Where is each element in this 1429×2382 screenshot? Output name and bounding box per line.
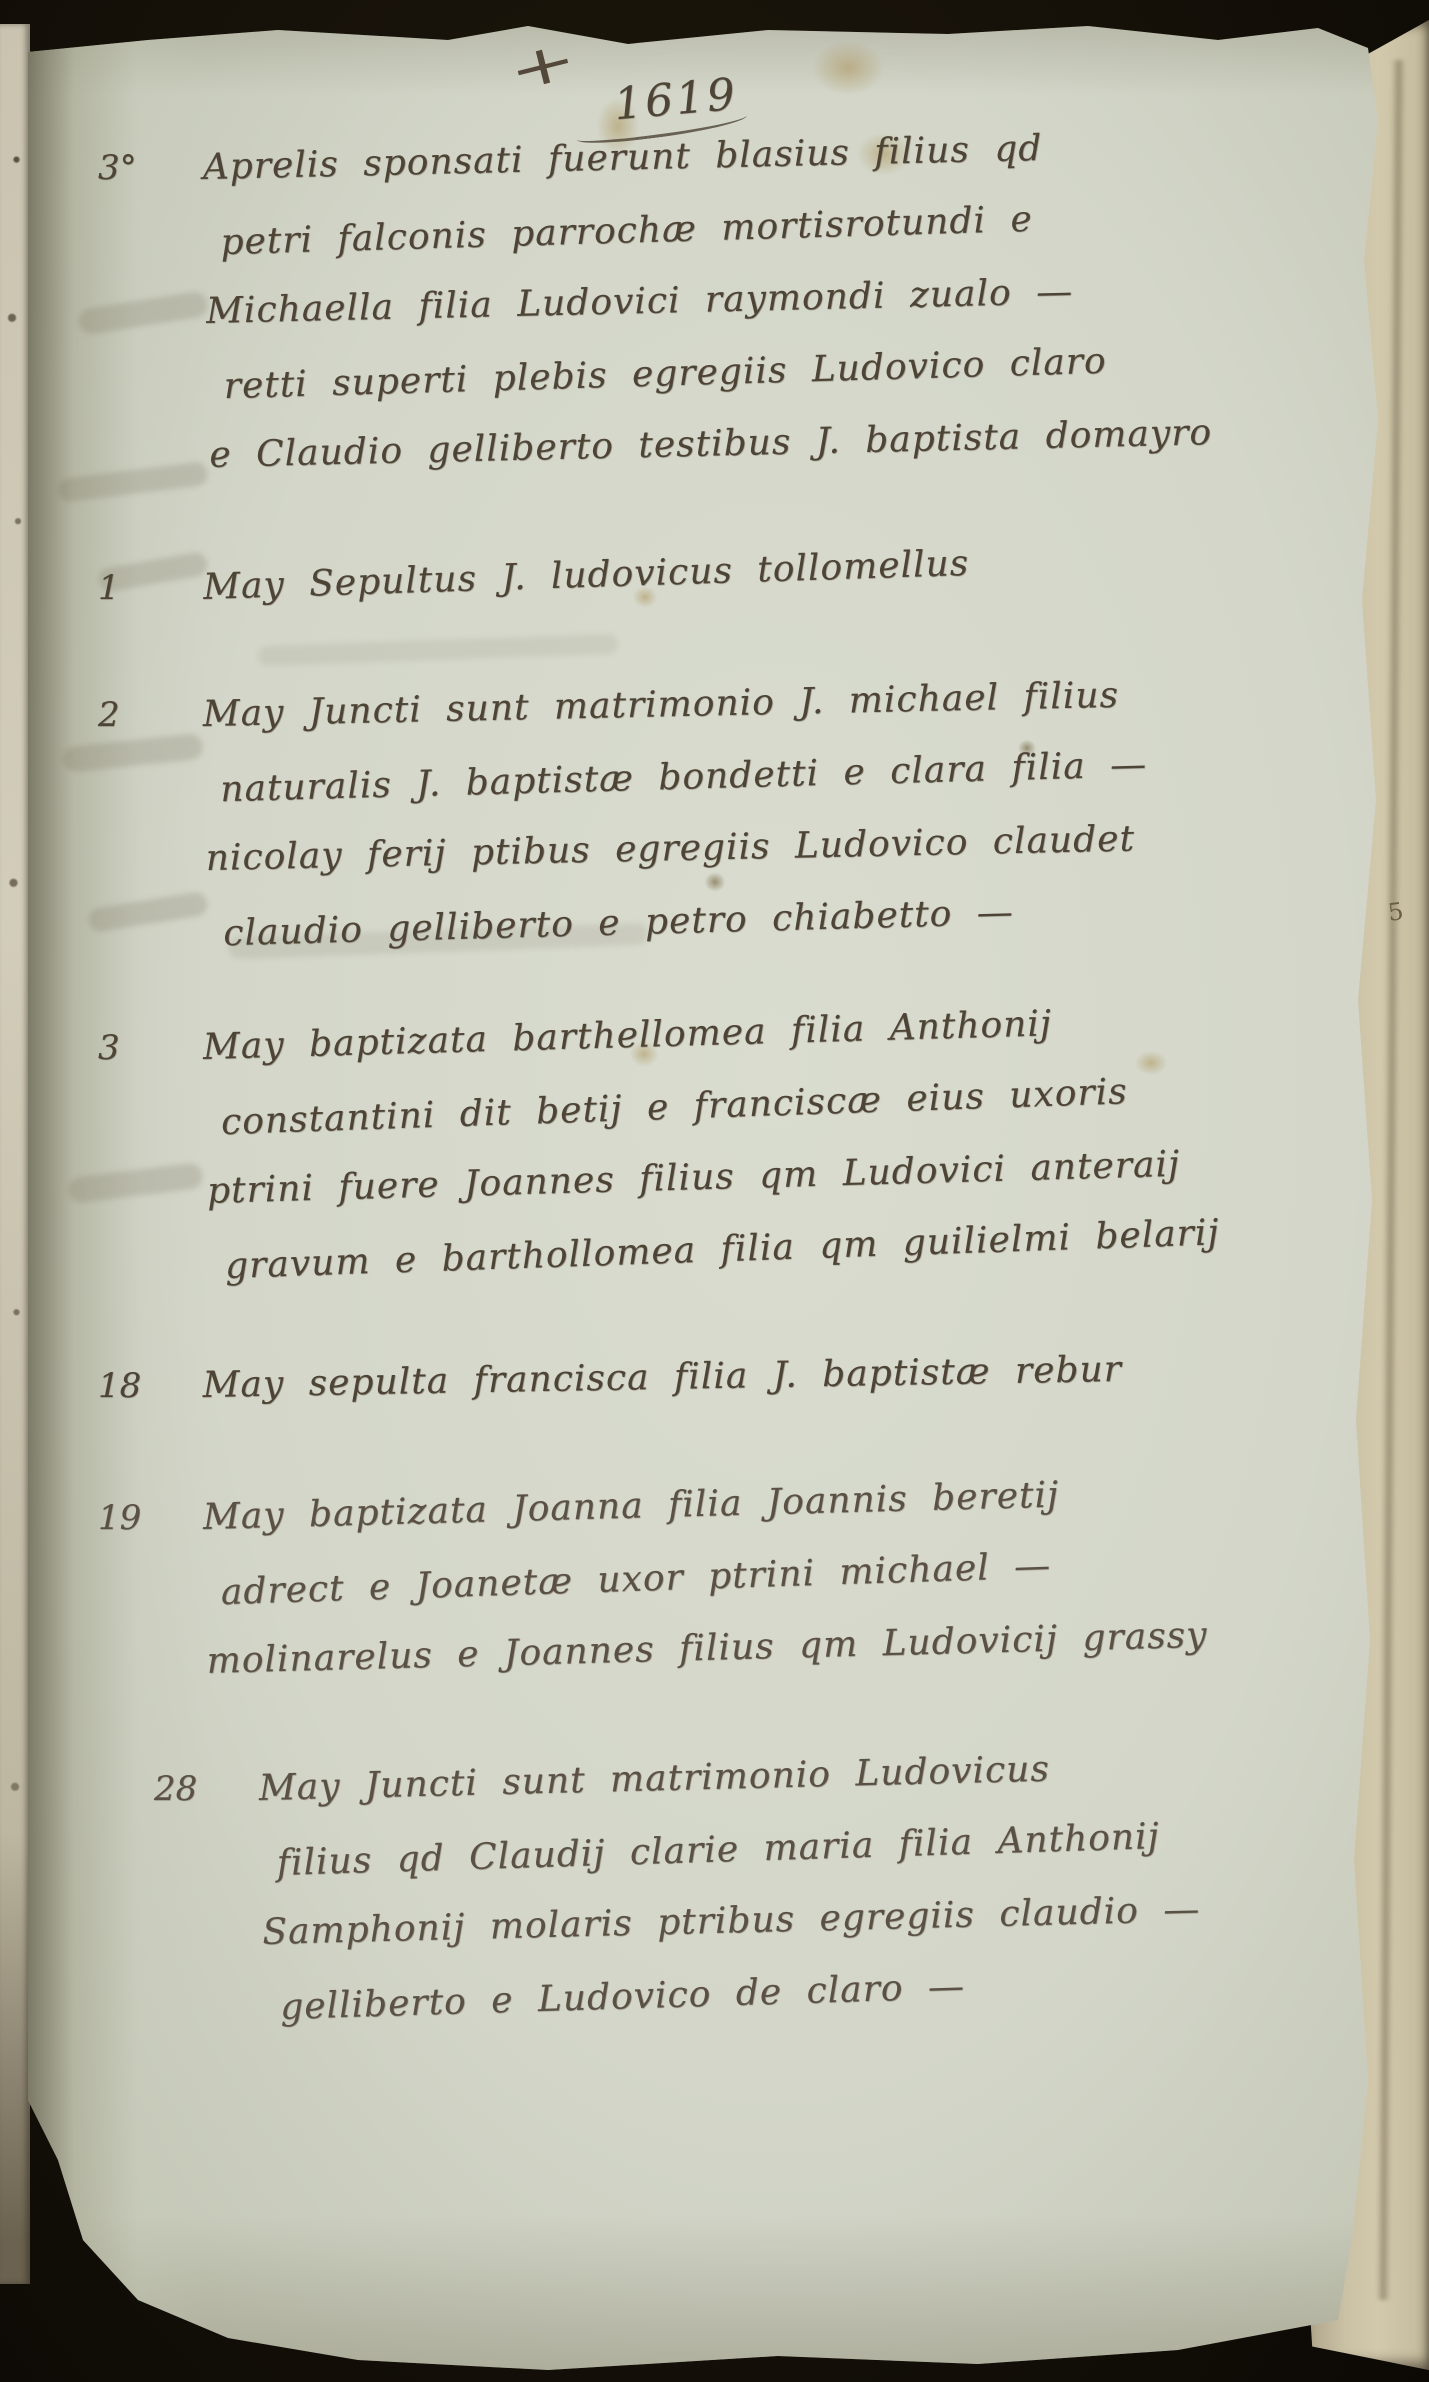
entry-day-number: 3° — [98, 132, 202, 204]
entry-text: May Juncti sunt matrimonio J. michael fi… — [202, 654, 1390, 967]
entry-text: May Juncti sunt matrimonio Ludovicusfili… — [258, 1725, 1391, 2040]
entry-text: May Sepultus J. ludovicus tollomellus — [202, 515, 1386, 624]
manuscript-scan: + 1619 3°Aprelis sponsati fuerunt blasiu… — [0, 0, 1429, 2382]
register-entry: 3May baptizata barthellomea filia Anthon… — [98, 1012, 1384, 1300]
entry-day-number: 1 — [98, 552, 202, 624]
entry-day-number: 18 — [98, 1350, 202, 1422]
previous-page-edge — [0, 24, 30, 2284]
register-entry: 2May Juncti sunt matrimonio J. michael f… — [98, 679, 1384, 967]
register-entry: 1May Sepultus J. ludovicus tollomellus — [98, 552, 1384, 624]
register-entry: 18May sepulta francisca filia J. baptist… — [98, 1350, 1384, 1422]
entry-day-number: 3 — [98, 1012, 202, 1084]
entry-text: Aprelis sponsati fuerunt blasius filius … — [202, 105, 1392, 492]
entry-day-number: 28 — [98, 1753, 258, 1825]
ink-specks — [0, 24, 30, 2284]
register-entry: 19May baptizata Joanna filia Joannis ber… — [98, 1482, 1384, 1698]
register-entries: 3°Aprelis sponsati fuerunt blasius filiu… — [28, 0, 1384, 2041]
register-entry: 3°Aprelis sponsati fuerunt blasius filiu… — [98, 132, 1384, 492]
entry-text: May baptizata barthellomea filia Anthoni… — [202, 979, 1392, 1300]
entry-line: May sepulta francisca filia J. baptistæ … — [202, 1329, 1385, 1422]
register-page: + 1619 3°Aprelis sponsati fuerunt blasiu… — [28, 0, 1384, 2382]
register-entry: 28May Juncti sunt matrimonio Ludovicusfi… — [98, 1753, 1384, 2041]
entry-text: May sepulta francisca filia J. baptistæ … — [202, 1329, 1385, 1422]
entry-day-number: 2 — [98, 679, 202, 751]
entry-day-number: 19 — [98, 1482, 202, 1554]
entry-line: May Sepultus J. ludovicus tollomellus — [202, 515, 1386, 624]
entry-text: May baptizata Joanna filia Joannis beret… — [202, 1451, 1389, 1698]
